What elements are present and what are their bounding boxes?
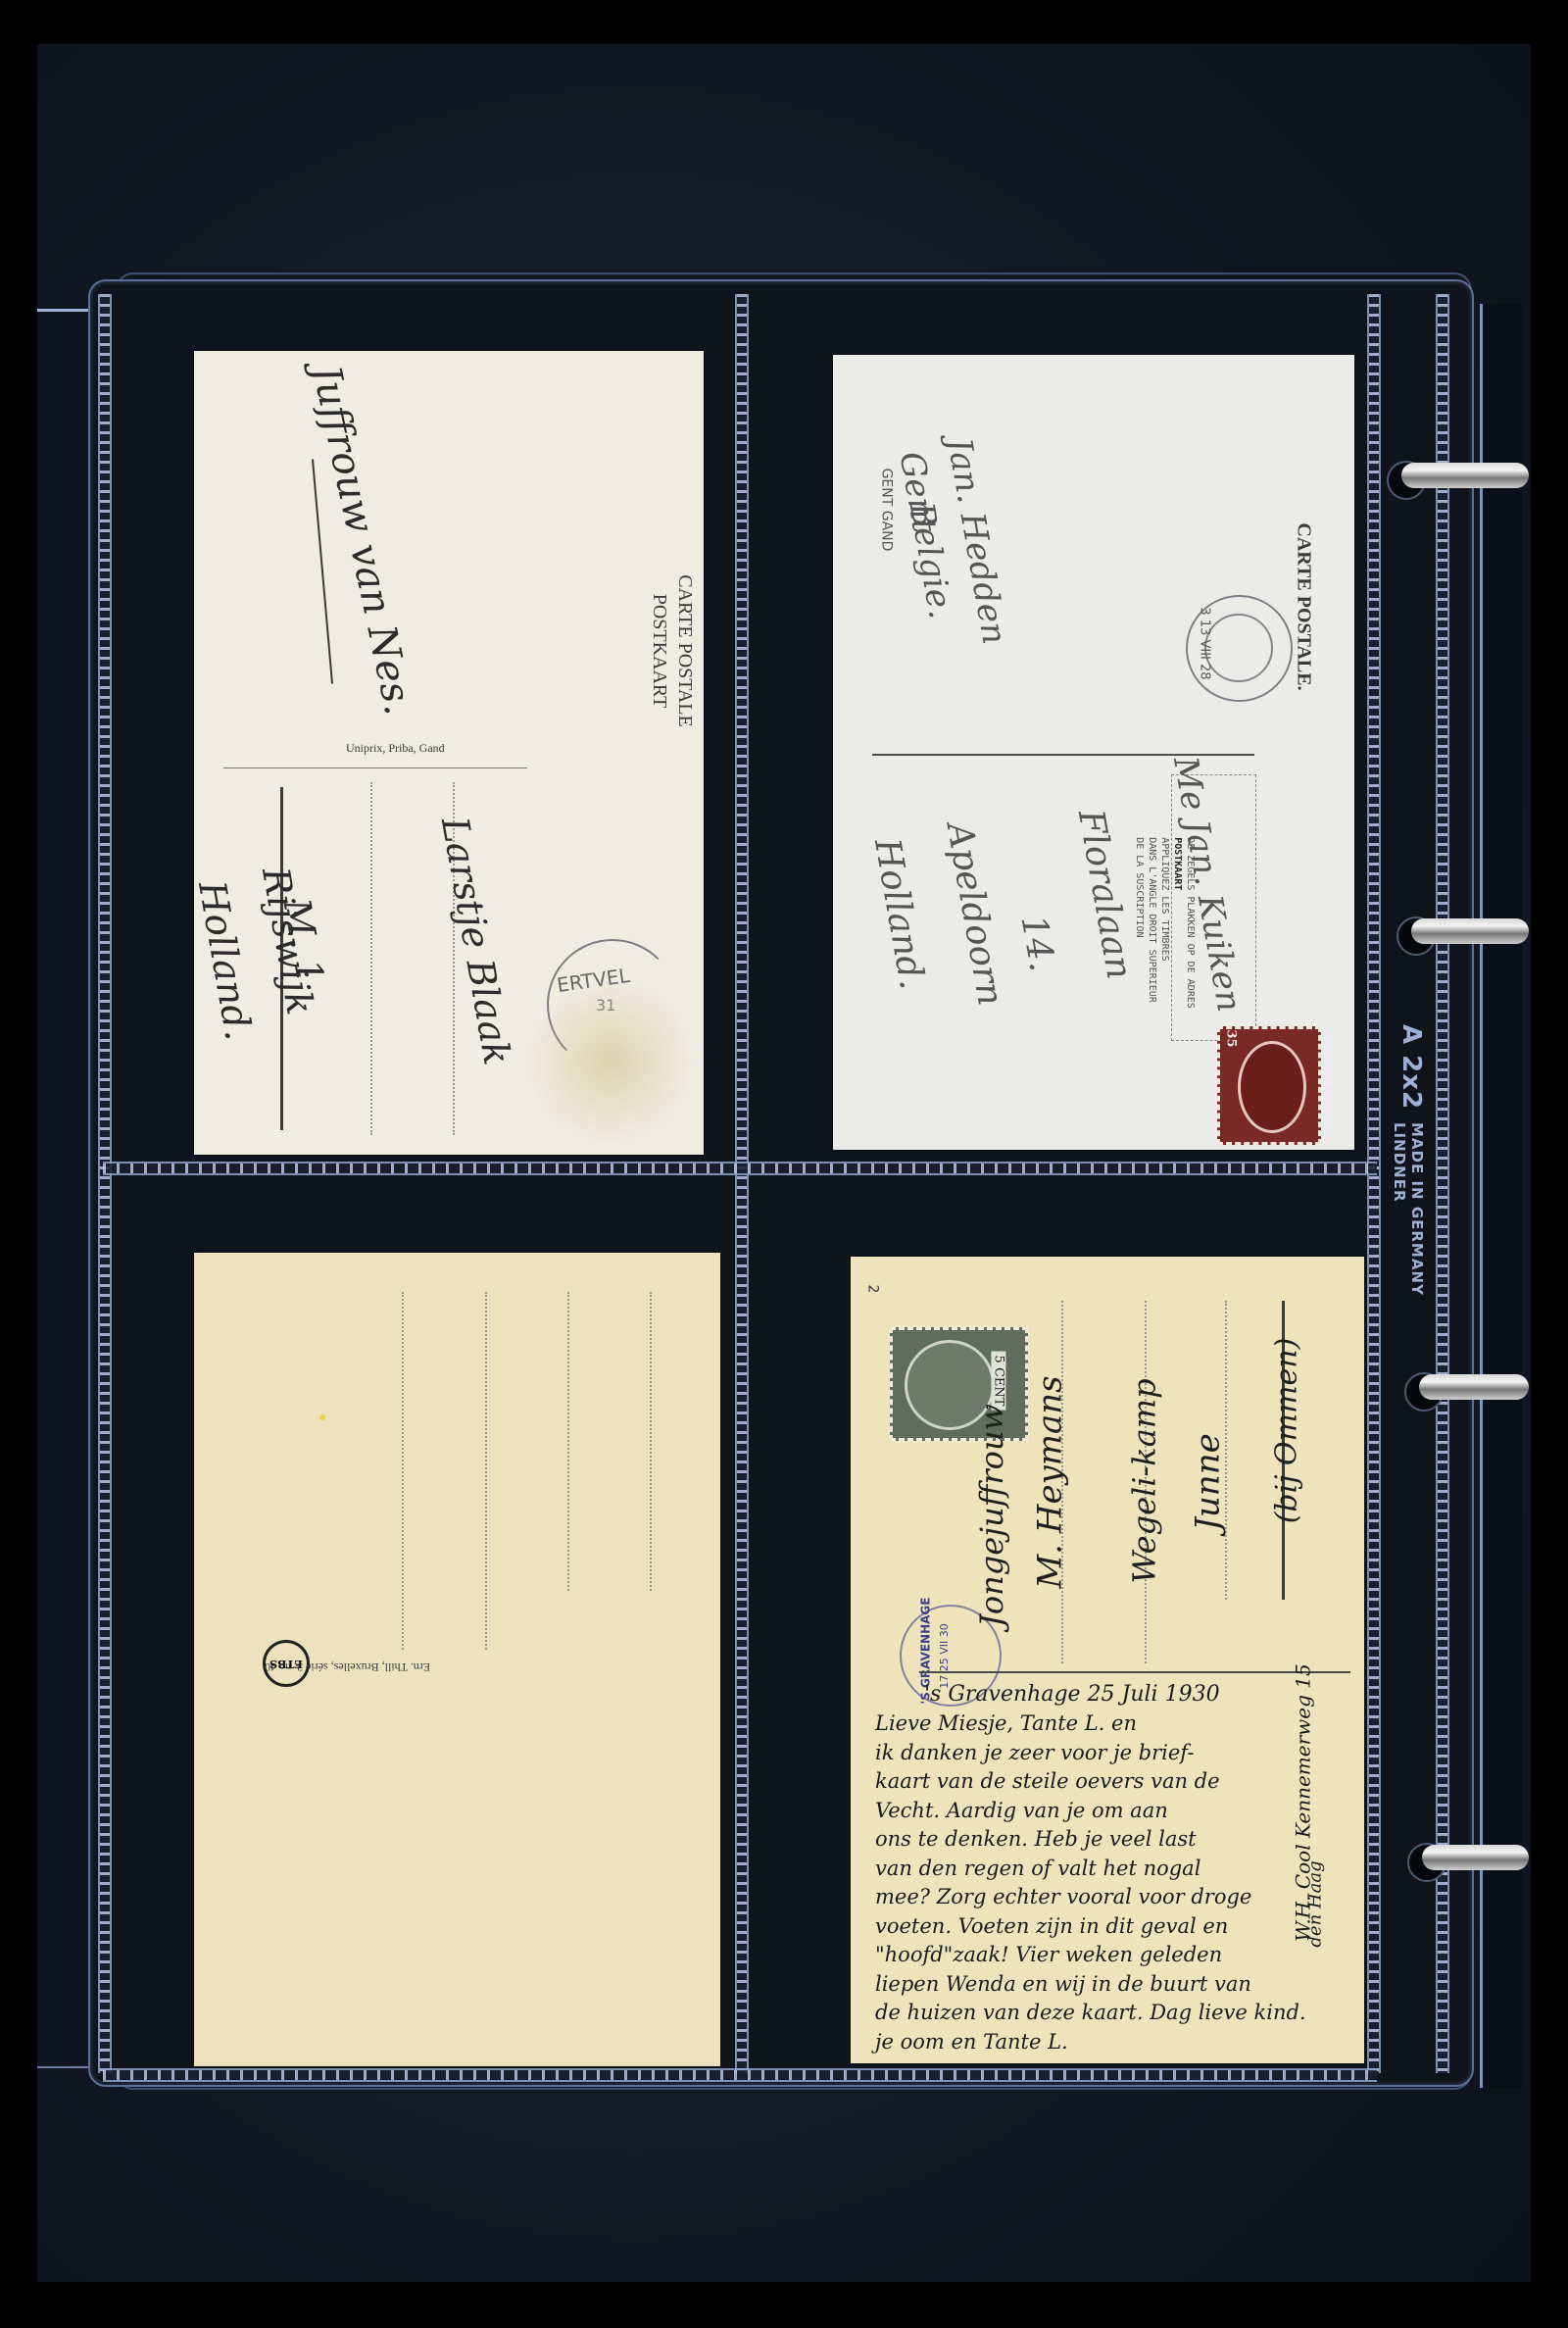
pocket-seam-right	[1367, 294, 1381, 2073]
message-line: kaart van de steile oevers van de	[875, 1767, 1287, 1797]
pocket-seam-center	[735, 294, 749, 2073]
slogan-line: APPLIQUEZ LES TIMBRES	[1158, 837, 1171, 1009]
message-line: je oom en Tante L.	[875, 2028, 1287, 2057]
card-header: CARTE POSTALE POSTKAART	[647, 574, 698, 727]
postcard-bottom-right[interactable]: 2 5 CENT POSTZEGELS RECHTS BOVEN IN DEN …	[851, 1257, 1364, 2063]
address-line-1: Larstje Blaak	[433, 814, 519, 1067]
header-line-2: POSTKAART	[1171, 837, 1184, 1009]
publisher-imprint: Uniprix, Priba, Gand	[346, 741, 445, 756]
ring-icon	[1411, 918, 1529, 944]
address-line-2: Floralaan	[1070, 807, 1140, 982]
sender-line-3: Belgie.	[902, 500, 960, 622]
postcard-top-left[interactable]: CARTE POSTALE POSTKAART Uniprix, Priba, …	[194, 351, 704, 1155]
address-line-5: (bij Ommen)	[1269, 1338, 1303, 1524]
address-line-3: Wegeli-kamp	[1126, 1378, 1163, 1583]
manufacturer-label: MADE IN GERMANY LINDNER	[1391, 1122, 1426, 1318]
address-line	[402, 1292, 404, 1650]
stamp-belgium: BELGIQUE BELGIE 35	[1217, 1026, 1321, 1145]
postcard-top-right[interactable]: CARTE POSTALE. 3 13 VIII 28 GENT GAND DE…	[833, 355, 1354, 1150]
address-line	[650, 1292, 652, 1591]
message-lines: Lieve Miesje, Tante L. enik danken je ze…	[875, 1709, 1287, 2056]
header-line-2: POSTKAART	[647, 574, 672, 727]
divider-line	[919, 1671, 1350, 1673]
address-line-5: Holland.	[866, 836, 932, 993]
divider-line	[223, 768, 527, 768]
ring-icon	[1419, 1374, 1529, 1400]
ink-spot	[319, 1414, 325, 1420]
message-line: "hoofd"zaak! Vier weken geleden	[875, 1941, 1287, 1970]
binder-cover-edge	[37, 309, 96, 2068]
address-line-2: M. Heymans	[1031, 1375, 1070, 1588]
pocket-seam-middle	[103, 1162, 1377, 1175]
message-block: 's Gravenhage 25 Juli 1930 Lieve Miesje,…	[875, 1680, 1287, 2056]
stamp-value: 35	[1224, 1029, 1239, 1047]
pocket-seam-margin	[1436, 294, 1449, 2073]
slogan-line: DANS L'ANGLE DROIT SUPERIEUR	[1146, 837, 1158, 1009]
message-line: mee? Zorg echter vooral voor droge	[875, 1883, 1287, 1912]
card-header: CARTE POSTALE.	[1293, 522, 1316, 690]
stamp-country: BELGIQUE BELGIE	[1322, 1033, 1333, 1130]
publisher-logo-icon: ETBS	[263, 1640, 310, 1687]
pocket-seam-left	[98, 294, 112, 2073]
page-type-label: A 2x2	[1396, 1024, 1426, 1110]
postmark-date: 17 25 VII 30	[938, 1623, 951, 1689]
address-line-4: Holland.	[194, 877, 261, 1043]
address-line-1: Jongejuffrouw	[973, 1404, 1010, 1627]
address-line	[485, 1292, 487, 1650]
message-line: de huizen van deze kaart. Dag lieve kind…	[875, 1999, 1287, 2028]
address-line-4: Apeldoorn	[939, 819, 1010, 1009]
postmark-date: 3 13 VIII 28	[1198, 607, 1212, 679]
address-line-4: Junne	[1189, 1433, 1228, 1530]
address-line-3: 14.	[1012, 913, 1061, 975]
address-line	[370, 782, 372, 1135]
message-line: ik danken je zeer voor je brief-	[875, 1739, 1287, 1768]
postmark: 3 13 VIII 28	[1186, 595, 1293, 702]
message-date: 's Gravenhage 25 Juli 1930	[924, 1680, 1287, 1709]
binder-spine	[1480, 304, 1522, 2088]
message-line: ons te denken. Heb je veel last	[875, 1825, 1287, 1855]
message-line: van den regen of valt het nogal	[875, 1855, 1287, 1884]
message-line: voeten. Voeten zijn in dit geval en	[875, 1912, 1287, 1942]
stamp-value: 5 CENT	[991, 1352, 1005, 1411]
header-line-1: CARTE POSTALE.	[1293, 522, 1316, 690]
pocket-seam-bottom	[103, 2068, 1377, 2082]
king-portrait-icon	[1238, 1041, 1306, 1133]
message-line: liepen Wenda en wij in de buurt van	[875, 1970, 1287, 2000]
age-stain	[527, 978, 694, 1145]
postcard-bottom-left[interactable]: Ern. Thill, Bruxelles, série 3, no 40 ET…	[194, 1253, 720, 2066]
slogan-line: DE LA SUSCRIPTION	[1133, 837, 1146, 1009]
corner-number: 2	[864, 1285, 880, 1294]
postmark-text: GENT GAND	[878, 469, 894, 552]
message-line: Lieve Miesje, Tante L. en	[875, 1709, 1287, 1739]
message-line: Vecht. Aardig van je om aan	[875, 1797, 1287, 1826]
address-line	[567, 1292, 569, 1591]
margin-note-line-2: den Haag	[1305, 1860, 1326, 1947]
header-line-1: CARTE POSTALE	[672, 574, 698, 727]
ring-icon	[1401, 463, 1529, 488]
ring-icon	[1422, 1845, 1529, 1870]
